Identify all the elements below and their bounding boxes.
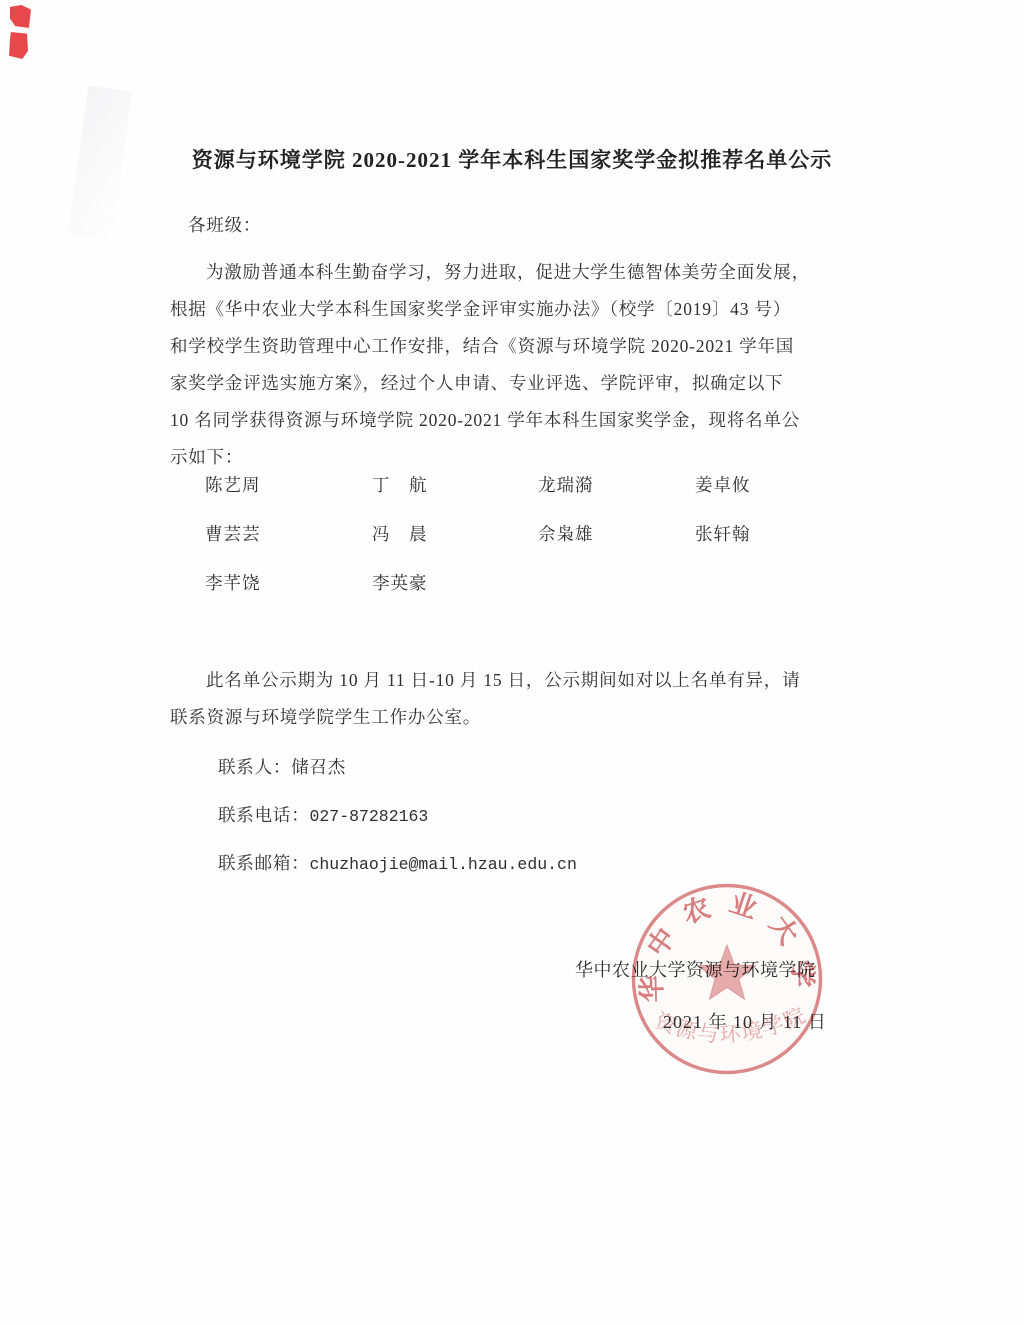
red-corner-mark-top (10, 5, 31, 28)
awardee-name: 曹芸芸 (205, 521, 372, 570)
body-line: 根据《华中农业大学本科生国家奖学金评审实施办法》（校学〔2019〕43 号） (170, 291, 846, 328)
body-line: 和学校学生资助管理中心工作安排，结合《资源与环境学院 2020-2021 学年国 (170, 328, 846, 365)
notice-line: 联系资源与环境学院学生工作办公室。 (170, 699, 846, 736)
awardee-name: 龙瑞漪 (538, 472, 695, 521)
contact-person-value: 储召杰 (291, 757, 346, 777)
awardee-name-list: 陈艺周 丁 航 龙瑞漪 姜卓攸 曹芸芸 冯 晨 佘枭雄 张轩翰 李芊饶 李英豪 (205, 472, 805, 619)
scanned-document-page: 资源与环境学院 2020-2021 学年本科生国家奖学金拟推荐名单公示 各班级：… (0, 0, 1024, 1325)
publicity-notice: 此名单公示期为 10 月 11 日-10 月 15 日，公示期间如对以上名单有异… (170, 662, 846, 736)
document-title: 资源与环境学院 2020-2021 学年本科生国家奖学金拟推荐名单公示 (0, 144, 1024, 174)
notice-line: 此名单公示期为 10 月 11 日-10 月 15 日，公示期间如对以上名单有异… (170, 662, 846, 699)
body-line: 示如下： (170, 439, 846, 476)
body-line: 为激励普通本科生勤奋学习，努力进取，促进大学生德智体美劳全面发展， (170, 254, 846, 291)
awardee-name: 陈艺周 (205, 472, 372, 521)
awardee-name: 姜卓攸 (695, 472, 805, 521)
contact-phone-value: 027-87282163 (310, 807, 429, 826)
body-paragraph: 为激励普通本科生勤奋学习，努力进取，促进大学生德智体美劳全面发展， 根据《华中农… (170, 254, 846, 476)
contact-person-label: 联系人： (218, 757, 291, 777)
awardee-name: 佘枭雄 (538, 521, 695, 570)
contact-email-value: chuzhaojie@mail.hzau.edu.cn (310, 855, 577, 874)
red-corner-mark-bottom (9, 32, 28, 59)
contact-phone: 联系电话：027-87282163 (218, 802, 428, 827)
awardee-name: 丁 航 (372, 472, 538, 521)
official-seal: 华中农业大学 资源与环境学院 (615, 868, 845, 1098)
awardee-name: 李芊饶 (205, 570, 372, 619)
contact-person: 联系人：储召杰 (218, 754, 346, 779)
salutation: 各班级： (188, 212, 261, 237)
contact-phone-label: 联系电话： (218, 805, 310, 825)
body-line: 10 名同学获得资源与环境学院 2020-2021 学年本科生国家奖学金，现将名… (170, 402, 846, 439)
contact-email-label: 联系邮箱： (218, 853, 310, 873)
awardee-name: 冯 晨 (372, 521, 538, 570)
awardee-name: 李英豪 (372, 570, 538, 619)
contact-email: 联系邮箱：chuzhaojie@mail.hzau.edu.cn (218, 850, 577, 875)
body-line: 家奖学金评选实施方案》，经过个人申请、专业评选、学院评审，拟确定以下 (170, 365, 846, 402)
awardee-name: 张轩翰 (695, 521, 805, 570)
